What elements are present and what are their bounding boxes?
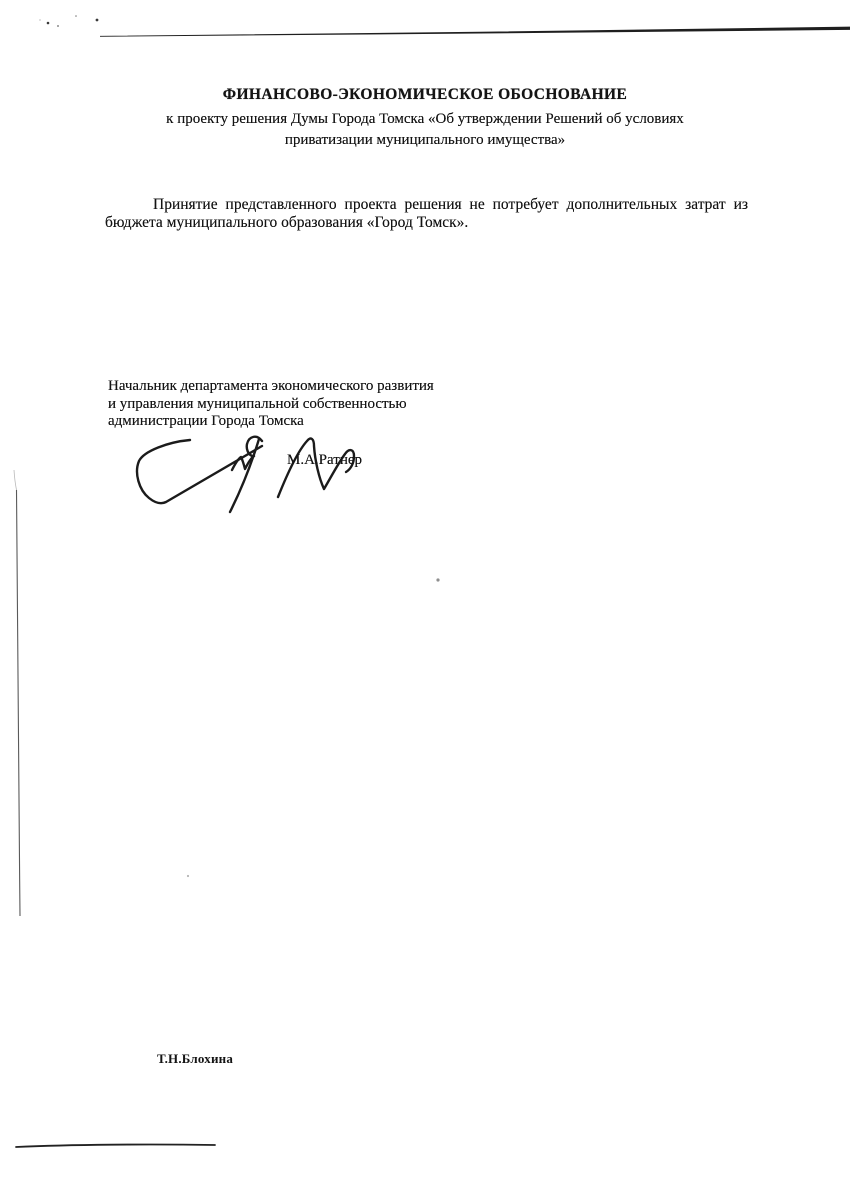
executor-name: Т.Н.Блохина <box>157 1051 233 1067</box>
document-subtitle-line-1: к проекту решения Думы Города Томска «Об… <box>85 109 765 130</box>
mid-page-speck <box>436 578 439 581</box>
left-edge-line-faint-top <box>14 470 17 490</box>
signatory-position-line-2: и управления муниципальной собственность… <box>108 396 528 414</box>
speckle-cluster <box>39 15 98 27</box>
document-subtitle-line-2: приватизации муниципального имущества» <box>85 130 765 151</box>
scanned-document-page: ФИНАНСОВО-ЭКОНОМИЧЕСКОЕ ОБОСНОВАНИЕ к пр… <box>0 0 850 1196</box>
left-edge-line <box>17 490 21 916</box>
signatory-position-line-1: Начальник департамента экономического ра… <box>108 378 528 396</box>
document-header: ФИНАНСОВО-ЭКОНОМИЧЕСКОЕ ОБОСНОВАНИЕ к пр… <box>85 86 765 151</box>
document-title: ФИНАНСОВО-ЭКОНОМИЧЕСКОЕ ОБОСНОВАНИЕ <box>85 86 765 104</box>
scan-artifacts <box>0 0 850 1196</box>
lower-page-speck <box>187 875 189 877</box>
top-scan-line <box>100 27 850 37</box>
body-paragraph: Принятие представленного проекта решения… <box>105 196 748 232</box>
signatory-name: М.А.Ратнер <box>287 452 362 469</box>
handwritten-signature <box>115 426 365 516</box>
signatory-position-block: Начальник департамента экономического ра… <box>108 378 528 431</box>
bottom-left-line <box>16 1145 215 1147</box>
